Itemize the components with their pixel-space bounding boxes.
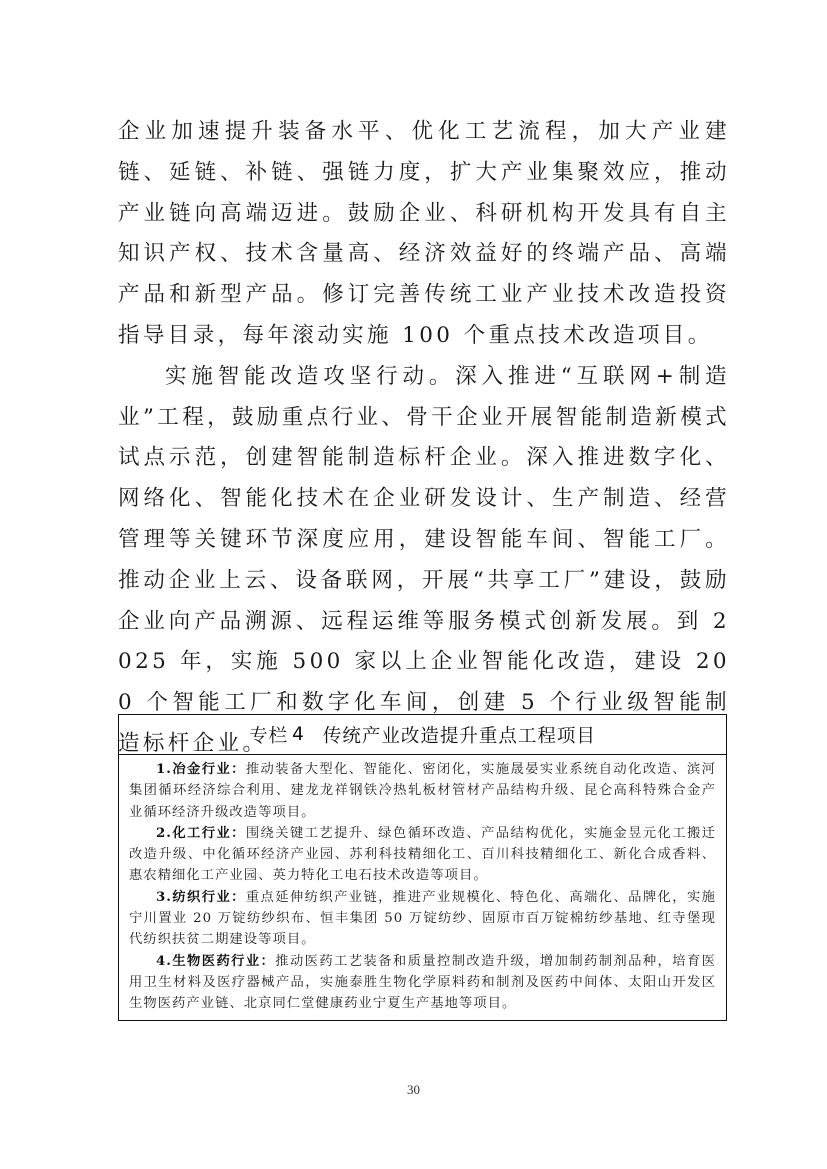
- body-text: 企业加速提升装备水平、优化工艺流程，加大产业建链、延链、补链、强链力度，扩大产业…: [118, 112, 730, 765]
- item-lead: 4.生物医药行业：: [156, 954, 275, 969]
- project-item-textile: 3.纺织行业：重点延伸纺织产业链，推进产业规模化、特色化、高端化、品牌化，实施宁…: [129, 887, 716, 951]
- column-box-body: 1.冶金行业：推动装备大型化、智能化、密闭化，实施晟晏实业系统自动化改造、滨河集…: [119, 755, 726, 1015]
- column-title: 传统产业改造提升重点工程项目: [323, 722, 596, 748]
- item-lead: 3.纺织行业：: [156, 890, 246, 905]
- project-item-metallurgy: 1.冶金行业：推动装备大型化、智能化、密闭化，实施晟晏实业系统自动化改造、滨河集…: [129, 759, 716, 823]
- project-item-chemical: 2.化工行业：围绕关键工艺提升、绿色循环改造、产品结构优化，实施金昱元化工搬迁改…: [129, 823, 716, 887]
- column-box-title: 专栏 4 传统产业改造提升重点工程项目: [119, 715, 726, 755]
- paragraph-tech-upgrade: 企业加速提升装备水平、优化工艺流程，加大产业建链、延链、补链、强链力度，扩大产业…: [118, 112, 730, 357]
- column-box: 专栏 4 传统产业改造提升重点工程项目 1.冶金行业：推动装备大型化、智能化、密…: [118, 714, 727, 1021]
- page-number: 30: [0, 1082, 827, 1098]
- document-page: 企业加速提升装备水平、优化工艺流程，加大产业建链、延链、补链、强链力度，扩大产业…: [0, 0, 827, 1169]
- item-lead: 1.冶金行业：: [156, 762, 246, 777]
- item-lead: 2.化工行业：: [156, 826, 246, 841]
- column-number: 4: [292, 724, 305, 745]
- column-label: 专栏: [249, 722, 288, 748]
- paragraph-smart-manufacturing: 实施智能改造攻坚行动。深入推进“互联网+制造业”工程，鼓励重点行业、骨干企业开展…: [118, 357, 730, 765]
- project-item-biomedicine: 4.生物医药行业：推动医药工艺装备和质量控制改造升级，增加制药制剂品种，培育医用…: [129, 951, 716, 1015]
